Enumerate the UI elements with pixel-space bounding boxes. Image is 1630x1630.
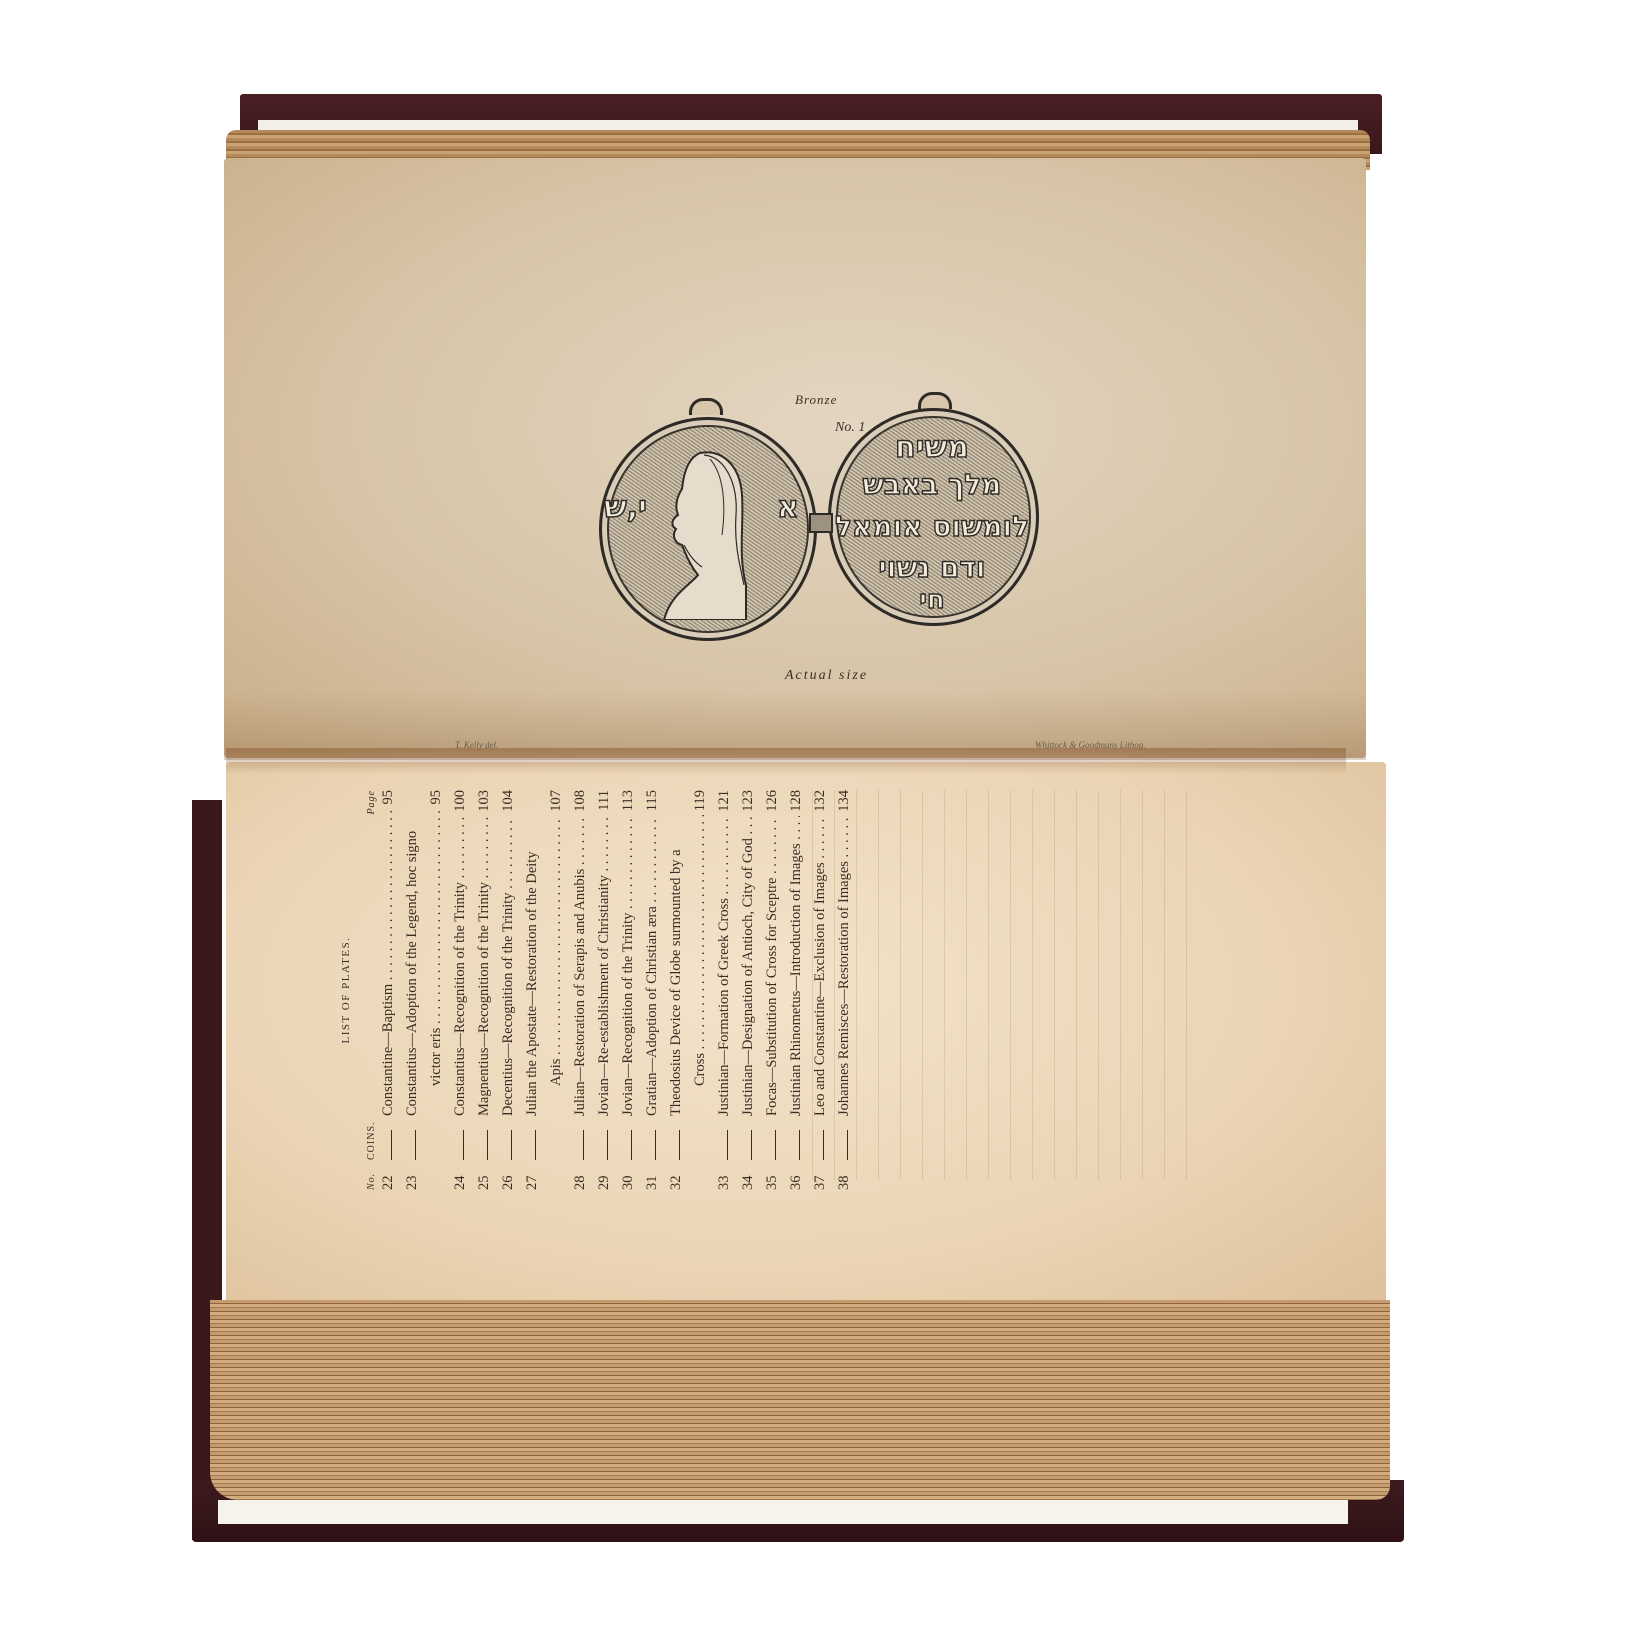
list-item: 27 Julian the Apostate—Restoration of th…: [520, 790, 544, 1190]
list-item: 34 Justinian—Designation of Antioch, Cit…: [736, 790, 760, 1190]
list-header: No. COINS. Page: [360, 790, 376, 1190]
list-item: 23 Constantius—Adoption of the Legend, h…: [400, 790, 424, 1190]
ditto-rule: [403, 1130, 416, 1160]
obverse-left-inscription: י,ש: [604, 490, 647, 525]
page-number-cell: 126: [760, 790, 784, 816]
ditto-rule: [715, 1130, 728, 1160]
coin-hinge: [809, 513, 833, 533]
list-item: 30 Jovian—Recognition of the Trinity . .…: [616, 790, 640, 1190]
plate-title-cell: Constantius—Adoption of the Legend, hoc …: [400, 794, 424, 1116]
ditto-rule: [667, 1130, 680, 1160]
open-book: Bronze No. 1 י,ש א משיח מלך באבש לומשוס …: [0, 0, 1630, 1630]
plate-title-cell: Julian—Restoration of Serapis and Anubis…: [568, 816, 592, 1116]
endpaper-bottom: [218, 1500, 1348, 1524]
plate-number-cell: 31: [640, 1160, 664, 1190]
page-number-cell: 121: [712, 790, 736, 816]
plate-title-cell: victor eris . . . . . . . . . . . . . . …: [424, 809, 448, 1117]
reverse-inscription-line: ודם נשוי: [832, 551, 1032, 584]
plate-title-cell: Jovian—Recognition of the Trinity . . . …: [616, 815, 640, 1116]
plate-title-cell: Focas—Substitution of Cross for Sceptre …: [760, 816, 784, 1116]
plate-number-cell: 29: [592, 1160, 616, 1190]
ditto-rule: [835, 1130, 848, 1160]
ditto-rule: [595, 1130, 608, 1160]
list-item: 38 Johannes Remisces—Restoration of Imag…: [832, 790, 856, 1190]
list-item: 25 Magnentius—Recognition of the Trinity…: [472, 790, 496, 1190]
ditto-rule: [763, 1130, 776, 1160]
col-coins-header: COINS.: [360, 1110, 376, 1160]
page-edges-bottom: [210, 1300, 1390, 1500]
plate-title-cell: Decentius—Recognition of the Trinity . .…: [496, 816, 520, 1116]
plate-title-cell: Constantine—Baptism . . . . . . . . . . …: [376, 809, 400, 1117]
plate-title-cell: Cross . . . . . . . . . . . . . . . . . …: [688, 815, 712, 1116]
plate-number-cell: 27: [520, 1160, 544, 1190]
plate-number-cell: 36: [784, 1160, 808, 1190]
plate-number-cell: 22: [376, 1160, 400, 1190]
gutter-shadow: [226, 748, 1346, 774]
ditto-rule: [811, 1130, 824, 1160]
ditto-rule: [739, 1130, 752, 1160]
plate-number-cell: 26: [496, 1160, 520, 1190]
plate-number-cell: 38: [832, 1160, 856, 1190]
list-item: 24 Constantius—Recognition of the Trinit…: [448, 790, 472, 1190]
list-item: 31 Gratian—Adoption of Christian æra . .…: [640, 790, 664, 1190]
page-number-cell: 107: [544, 790, 568, 816]
page-number-cell: 128: [784, 790, 808, 816]
ditto-rule: [475, 1130, 488, 1160]
ditto-rule: [499, 1130, 512, 1160]
obverse-right-inscription: א: [777, 490, 799, 525]
reverse-inscription-line: לומשוס אומאל: [832, 510, 1032, 543]
ditto-rule: [523, 1130, 536, 1160]
plate-title-cell: Justinian—Formation of Greek Cross . . .…: [712, 816, 736, 1116]
list-item: 37 Leo and Constantine—Exclusion of Imag…: [808, 790, 832, 1190]
col-no-header: No.: [360, 1160, 376, 1190]
plate-number-cell: 33: [712, 1160, 736, 1190]
ditto-rule: [379, 1130, 392, 1160]
list-item: 29 Jovian—Re-establishment of Christiani…: [592, 790, 616, 1190]
plate-number-cell: 30: [616, 1160, 640, 1190]
ditto-rule: [451, 1130, 464, 1160]
plate-number-cell: 24: [448, 1160, 472, 1190]
plate-title-cell: Jovian—Re-establishment of Christianity …: [592, 815, 616, 1116]
page-number-cell: 123: [736, 790, 760, 816]
plate-number-cell: 23: [400, 1160, 424, 1190]
list-item: 22 Constantine—Baptism . . . . . . . . .…: [376, 790, 400, 1190]
page-number-cell: 119: [688, 790, 712, 815]
page-number-cell: 95: [424, 790, 448, 809]
list-item: 36 Justinian Rhinometus—Introduction of …: [784, 790, 808, 1190]
reverse-inscription-line: חי: [832, 585, 1032, 615]
coin-loop-obverse: [689, 398, 723, 415]
page-number-cell: 111: [592, 790, 616, 815]
plate-caption: Actual size: [785, 668, 868, 684]
plate-title-cell: Constantius—Recognition of the Trinity .…: [448, 816, 472, 1116]
plate-title-cell: Gratian—Adoption of Christian æra . . . …: [640, 815, 664, 1116]
plate-number-cell: 35: [760, 1160, 784, 1190]
list-item: 35 Focas—Substitution of Cross for Scept…: [760, 790, 784, 1190]
reverse-inscription-line: משיח: [832, 430, 1032, 465]
page-number-cell: 132: [808, 790, 832, 816]
ditto-rule: [643, 1130, 656, 1160]
page-number-cell: 100: [448, 790, 472, 816]
page-number-cell: 115: [640, 790, 664, 815]
plate-number-cell: 25: [472, 1160, 496, 1190]
page-number-cell: 113: [616, 790, 640, 815]
list-item: 33 Justinian—Formation of Greek Cross . …: [712, 790, 736, 1190]
plate-title-cell: Leo and Constantine—Exclusion of Images …: [808, 816, 832, 1116]
plate-number-cell: 28: [568, 1160, 592, 1190]
list-item: victor eris . . . . . . . . . . . . . . …: [424, 790, 448, 1190]
col-page-header: Page: [360, 790, 376, 815]
ditto-rule: [619, 1130, 632, 1160]
reverse-inscription-line: מלך באבש: [832, 468, 1032, 501]
plate-title-cell: Julian the Apostate—Restoration of the D…: [520, 794, 544, 1116]
list-item: Apis . . . . . . . . . . . . . . . . . .…: [544, 790, 568, 1190]
list-of-plates: LIST OF PLATES. No. COINS. Page 22 Const…: [334, 790, 734, 1250]
list-item: 32 Theodosius Device of Globe surmounted…: [664, 790, 688, 1190]
plate-number-cell: 32: [664, 1160, 688, 1190]
plate-metal-label: Bronze: [795, 392, 837, 408]
plate-number-cell: 37: [808, 1160, 832, 1190]
plate-title-cell: Apis . . . . . . . . . . . . . . . . . .…: [544, 816, 568, 1116]
coin-loop-reverse: [918, 392, 952, 409]
ditto-rule: [571, 1130, 584, 1160]
list-item: Cross . . . . . . . . . . . . . . . . . …: [688, 790, 712, 1190]
page-number-cell: 95: [376, 790, 400, 809]
list-title: LIST OF PLATES.: [334, 790, 358, 1190]
plate-number-cell: 34: [736, 1160, 760, 1190]
list-item: 28 Julian—Restoration of Serapis and Anu…: [568, 790, 592, 1190]
page-number-cell: 104: [496, 790, 520, 816]
plate-title-cell: Magnentius—Recognition of the Trinity . …: [472, 816, 496, 1116]
portrait-profile-icon: [660, 445, 748, 620]
plate-title-cell: Theodosius Device of Globe surmounted by…: [664, 794, 688, 1116]
plate-title-cell: Johannes Remisces—Restoration of Images …: [832, 816, 856, 1116]
ditto-rule: [787, 1130, 800, 1160]
show-through-text: [812, 790, 1192, 1180]
page-number-cell: 103: [472, 790, 496, 816]
list-item: 26 Decentius—Recognition of the Trinity …: [496, 790, 520, 1190]
plate-title-cell: Justinian—Designation of Antioch, City o…: [736, 816, 760, 1116]
page-number-cell: 108: [568, 790, 592, 816]
plate-title-cell: Justinian Rhinometus—Introduction of Ima…: [784, 816, 808, 1116]
page-number-cell: 134: [832, 790, 856, 816]
